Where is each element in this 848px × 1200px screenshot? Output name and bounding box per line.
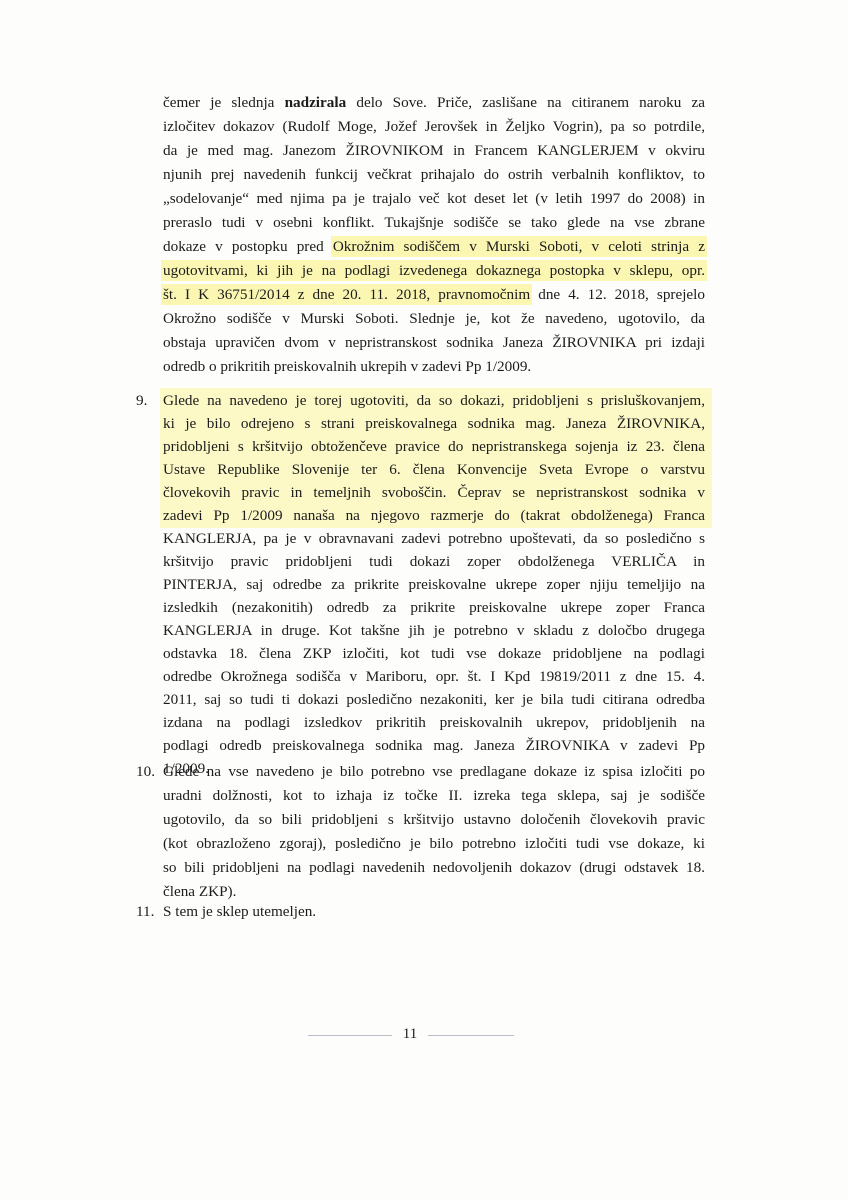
text-line: kršitvijo pravic pridobljeni tudi dokazi… — [163, 551, 705, 573]
text-line: „sodelovanje“ med njima pa je trajalo ve… — [163, 188, 705, 210]
text-line: člena ZKP). — [163, 881, 705, 903]
text-line: odredb o prikritih preiskovalnih ukrepih… — [163, 356, 705, 378]
text-line: uradni dolžnosti, kot to izhaja iz točke… — [163, 785, 705, 807]
page-footer: 11 — [300, 1023, 520, 1045]
item-number: 9. — [136, 390, 147, 412]
bold-term: nadzirala — [285, 94, 347, 111]
text-line: dokaze v postopku pred Okrožnim sodiščem… — [163, 236, 705, 258]
highlighted-text: Okrožnim sodiščem v Murski Soboti, v cel… — [333, 238, 705, 255]
document-page: čemer je slednja nadzirala delo Sove. Pr… — [0, 0, 848, 1200]
text-line: S tem je sklep utemeljen. — [163, 901, 705, 923]
text-line: št. I K 36751/2014 z dne 20. 11. 2018, p… — [163, 284, 705, 306]
text-line: preraslo tudi v osebni konflikt. Tukajšn… — [163, 212, 705, 234]
highlighted-text: ugotovitvami, ki jih je na podlagi izved… — [163, 262, 705, 279]
text-line: obstaja upravičen dvom v nepristranskost… — [163, 332, 705, 354]
text-line: čemer je slednja nadzirala delo Sove. Pr… — [163, 92, 705, 114]
text-line: Glede na vse navedeno je bilo potrebno v… — [163, 761, 705, 783]
text-line: njunih prej navedenih funkcij večkrat pr… — [163, 164, 705, 186]
item-number: 10. — [136, 761, 155, 783]
text-line: Glede na navedeno je torej ugotoviti, da… — [163, 390, 705, 412]
text-line: odredbe Okrožnega sodišča v Mariboru, op… — [163, 666, 705, 688]
text-line: KANGLERJA in druge. Kot takšne jih je po… — [163, 620, 705, 642]
text-line: PINTERJA, saj odredbe za prikrite preisk… — [163, 574, 705, 596]
text-line: ugotovitvami, ki jih je na podlagi izved… — [163, 260, 705, 282]
text-line: pridobljeni s kršitvijo obtoženčeve prav… — [163, 436, 705, 458]
text-line: (kot obrazloženo zgoraj), posledično je … — [163, 833, 705, 855]
page-number: 11 — [300, 1023, 520, 1045]
text-line: človekovih pravic in temeljnih svoboščin… — [163, 482, 705, 504]
text-line: da je med mag. Janezom ŽIROVNIKOM in Fra… — [163, 140, 705, 162]
highlighted-text: št. I K 36751/2014 z dne 20. 11. 2018, p… — [163, 286, 530, 303]
footer-rule-right — [428, 1035, 514, 1036]
text-line: odstavka 18. člena ZKP izločiti, kot tud… — [163, 643, 705, 665]
text-line: KANGLERJA, pa je v obravnavani zadevi po… — [163, 528, 705, 550]
text-line: so bili pridobljeni na podlagi navedenih… — [163, 857, 705, 879]
text-line: izdana na podlagi izsledkov prikritih pr… — [163, 712, 705, 734]
item-number: 11. — [136, 901, 154, 923]
text-line: 2011, saj so tudi ti dokazi posledično n… — [163, 689, 705, 711]
text-line: izsledkih (nezakonitih) odredb za prikri… — [163, 597, 705, 619]
text-line: Ustave Republike Slovenije ter 6. člena … — [163, 459, 705, 481]
text-line: izločitev dokazov (Rudolf Moge, Jožef Je… — [163, 116, 705, 138]
text-line: ki je bilo odrejeno s strani preiskovaln… — [163, 413, 705, 435]
text-line: Okrožno sodišče v Murski Soboti. Slednje… — [163, 308, 705, 330]
text-line: podlagi odredb preiskovalnega sodnika ma… — [163, 735, 705, 757]
text-line: zadevi Pp 1/2009 nanaša na njegovo razme… — [163, 505, 705, 527]
text-line: ugotovilo, da so bili pridobljeni s krši… — [163, 809, 705, 831]
